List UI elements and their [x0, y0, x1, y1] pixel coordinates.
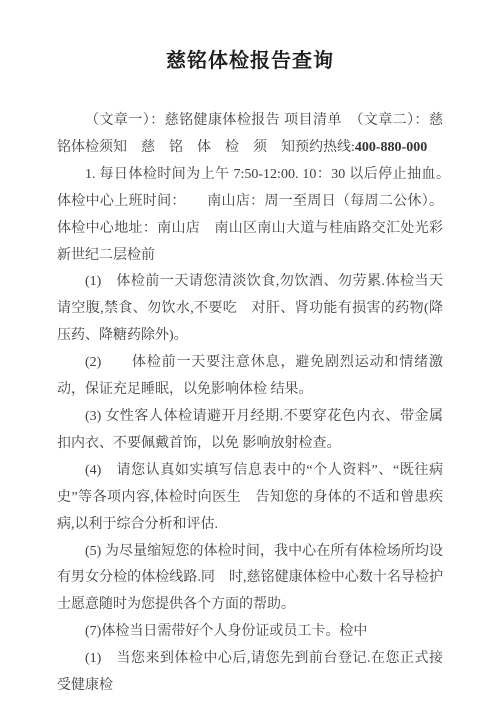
paragraph-note-2: (2) 体检前一天要注意休息，避免剧烈运动和情绪激动，保证充足睡眠，以免影响体检…	[57, 350, 443, 404]
paragraph-note-5: (5) 为尽量缩短您的体检时间，我中心在所有体检场所均设有男女分检的体检线路.同…	[57, 539, 443, 620]
paragraph-note-3: (3) 女性客人体检请避开月经期.不要穿花色内衣、带金属扣内衣、不要佩戴首饰，以…	[57, 404, 443, 458]
paragraph-note-4: (4) 请您认真如实填写信息表中的“个人资料”、“既往病史”等各项内容,体检时向…	[57, 458, 443, 539]
paragraph-schedule: 1. 每日体检时间为上午 7:50-12:00. 10：30 以后停止抽血。 体…	[57, 162, 443, 270]
paragraph-note-1: (1) 体检前一天请您清淡饮食,勿饮酒、勿劳累.体检当天请空腹,禁食、勿饮水,不…	[57, 269, 443, 350]
document-title: 慈铭体检报告查询	[57, 44, 443, 78]
hotline-number: 400-880-000	[355, 140, 427, 155]
paragraph-intro: （文章一）：慈铭健康体检报告 项目清单 （文章二）：慈铭体检须知 慈 铭 体 检…	[57, 108, 443, 162]
document-body: （文章一）：慈铭健康体检报告 项目清单 （文章二）：慈铭体检须知 慈 铭 体 检…	[57, 108, 443, 700]
paragraph-note-7: (7)体检当日需带好个人身份证或员工卡。检中	[57, 619, 443, 646]
document-page: 慈铭体检报告查询 （文章一）：慈铭健康体检报告 项目清单 （文章二）：慈铭体检须…	[0, 0, 500, 708]
paragraph-checkin: (1) 当您来到体检中心后,请您先到前台登记.在您正式接受健康检	[57, 646, 443, 700]
